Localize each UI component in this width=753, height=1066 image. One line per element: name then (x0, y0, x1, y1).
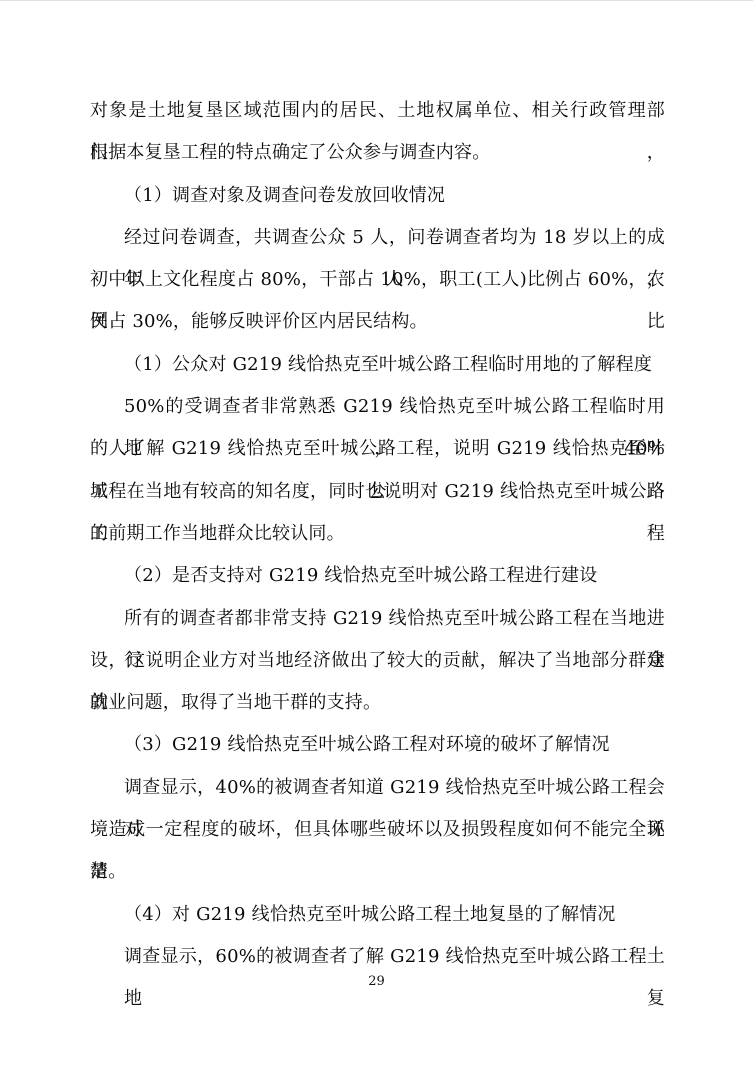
text-line: 初中以上文化程度占 80%，干部占 10%，职工(工人)比例占 60%，农民比 (90, 259, 665, 301)
text-line: 楚。 (90, 851, 665, 893)
text-line: （3）G219 线恰热克至叶城公路工程对环境的破坏了解情况 (90, 724, 665, 766)
text-line: 经过问卷调查，共调查公众 5 人，问卷调查者均为 18 岁以上的成年人， (90, 217, 665, 259)
document-body: 对象是土地复垦区域范围内的居民、土地权属单位、相关行政管理部门， 根据本复垦工程… (90, 90, 665, 978)
text-line: 就业问题，取得了当地干群的支持。 (90, 682, 665, 724)
text-line: （1）调查对象及调查问卷发放回收情况 (90, 175, 665, 217)
text-line: 所有的调查者都非常支持 G219 线恰热克至叶城公路工程在当地进行建 (90, 598, 665, 640)
text-line: 对象是土地复垦区域范围内的居民、土地权属单位、相关行政管理部门， (90, 90, 665, 132)
text-line: 工程在当地有较高的知名度，同时也说明对 G219 线恰热克至叶城公路工程 (90, 471, 665, 513)
text-line: 50%的受调查者非常熟悉 G219 线恰热克至叶城公路工程临时用地，40% (90, 386, 665, 428)
text-line: （1）公众对 G219 线恰热克至叶城公路工程临时用地的了解程度 (90, 344, 665, 386)
text-line: 的人了解 G219 线恰热克至叶城公路工程，说明 G219 线恰热克至叶城公路 (90, 428, 665, 470)
document-page: 对象是土地复垦区域范围内的居民、土地权属单位、相关行政管理部门， 根据本复垦工程… (0, 0, 753, 1066)
text-line: （2）是否支持对 G219 线恰热克至叶城公路工程进行建设 (90, 555, 665, 597)
page-top-edge (0, 0, 753, 1)
text-line: 调查显示，40%的被调查者知道 G219 线恰热克至叶城公路工程会对环 (90, 767, 665, 809)
page-number: 29 (368, 974, 385, 989)
text-line: 设，这说明企业方对当地经济做出了较大的贡献，解决了当地部分群众的 (90, 640, 665, 682)
text-line: 境造成一定程度的破坏，但具体哪些破坏以及损毁程度如何不能完全说清 (90, 809, 665, 851)
text-line: （4）对 G219 线恰热克至叶城公路工程土地复垦的了解情况 (90, 894, 665, 936)
page-footer: 29 (0, 972, 753, 992)
